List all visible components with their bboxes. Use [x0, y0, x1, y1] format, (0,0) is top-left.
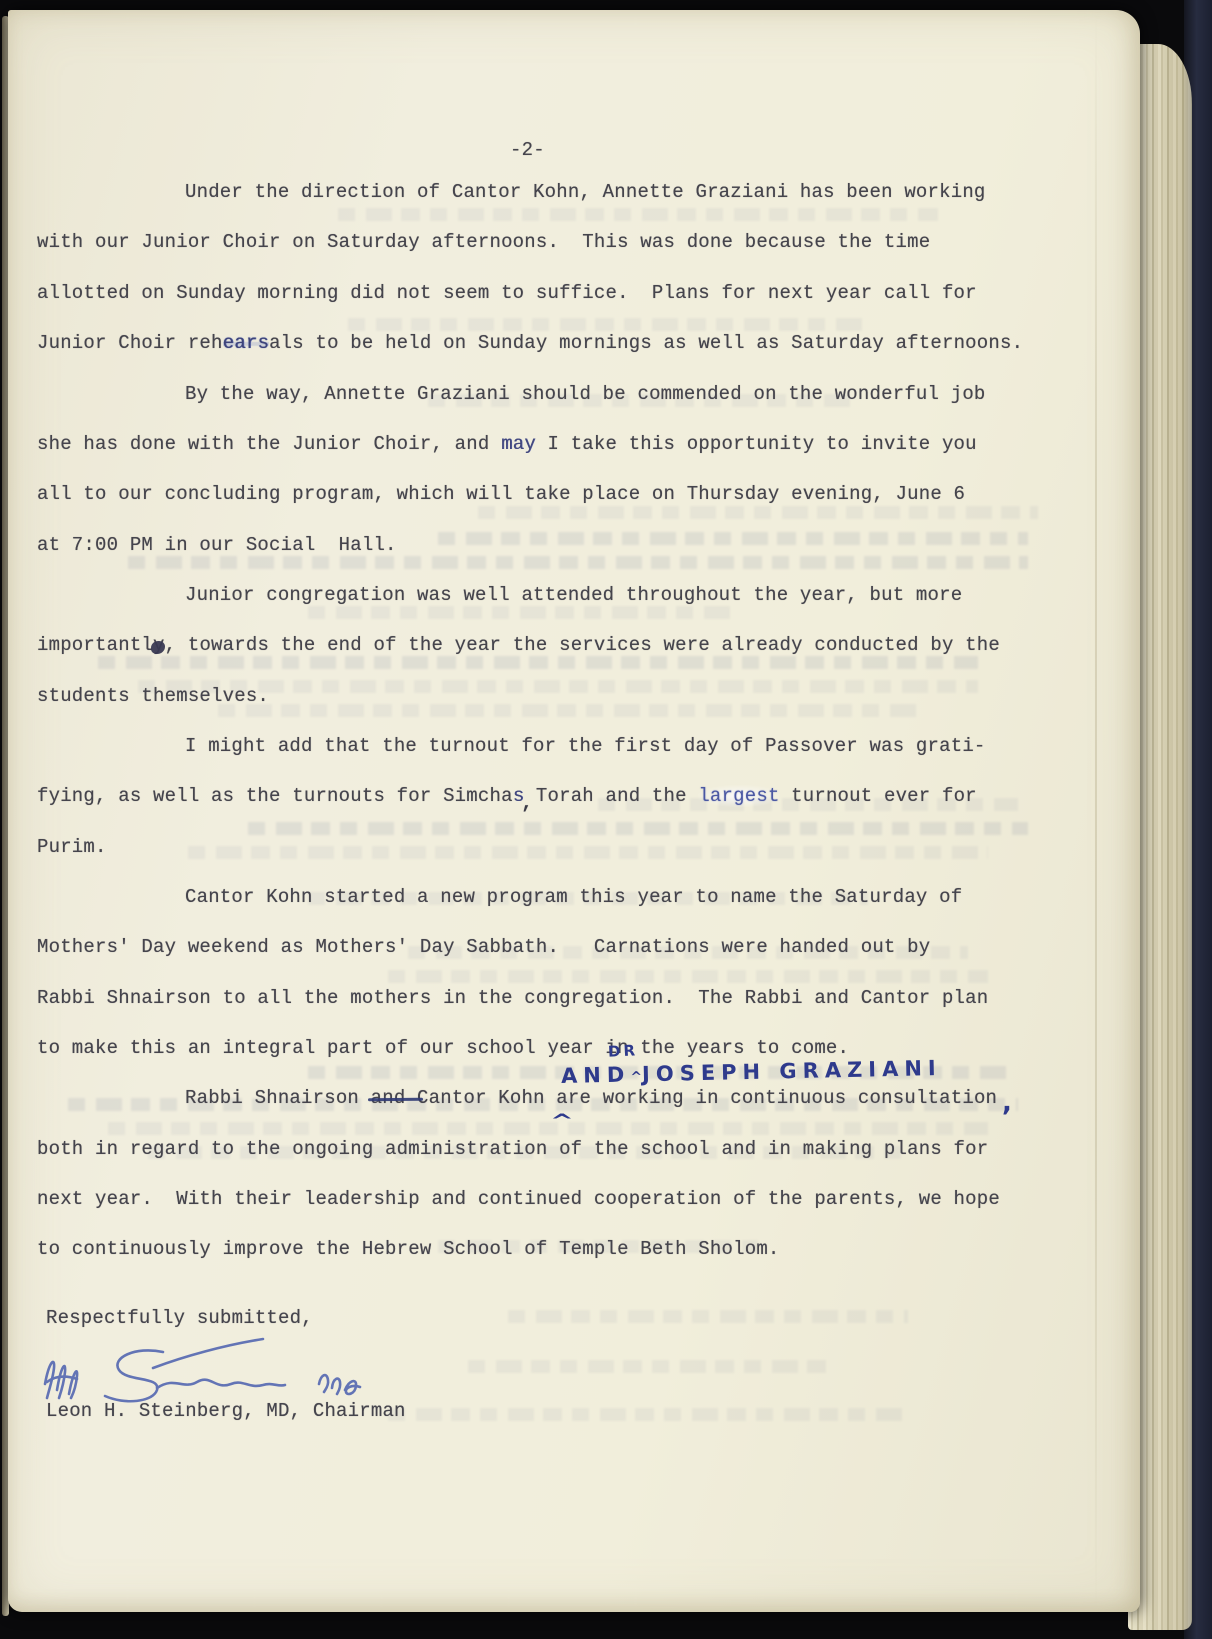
bleedthrough-smudge — [248, 822, 1028, 835]
para4-line2-text: turnout ever for — [780, 785, 977, 807]
para1-line4-text: als to be held on Sunday mornings as wel… — [269, 332, 1023, 354]
para4-line1: I might add that the turnout for the fir… — [185, 733, 986, 759]
para1-line2: with our Junior Choir on Saturday aftern… — [37, 229, 930, 255]
para6-line2: both in regard to the ongoing administra… — [37, 1136, 988, 1162]
para4-line2: fying, as well as the turnouts for Simch… — [37, 783, 977, 809]
paper-crease — [1095, 10, 1097, 1612]
bleedthrough-smudge — [508, 1310, 908, 1323]
scanned-document-photo: { "colors": { "paper": "#f0edda", "typew… — [0, 0, 1212, 1639]
para3-line1: Junior congregation was well attended th… — [185, 582, 962, 608]
handwritten-dr-abbreviation: DR — [608, 1041, 639, 1061]
bleedthrough-smudge — [218, 704, 918, 717]
para2-line1: By the way, Annette Graziani should be c… — [185, 381, 986, 407]
bleedthrough-smudge — [338, 208, 938, 221]
retyped-word: may — [501, 433, 536, 455]
para2-line2-text: she has done with the Junior Choir, and — [37, 433, 501, 455]
para3-line2-text: importantl — [37, 634, 153, 656]
bleedthrough-smudge — [468, 1360, 828, 1373]
bleedthrough-smudge — [188, 846, 988, 859]
para2-line4: at 7:00 PM in our Social Hall. — [37, 532, 397, 558]
bleedthrough-smudge — [388, 970, 988, 983]
struck-out-word: and — [371, 1087, 406, 1109]
para4-line2-text: Torah and the — [524, 785, 698, 807]
para6-line1: Rabbi Shnairson and Cantor Kohn are work… — [185, 1085, 997, 1111]
document-page: -2- Under the direction of Cantor Kohn, … — [8, 10, 1140, 1612]
handwritten-name: JOSEPH GRAZIANI — [642, 1056, 942, 1086]
page-number: -2- — [510, 137, 545, 163]
bleedthrough-smudge — [478, 506, 1038, 519]
ink-blot: y — [153, 634, 165, 656]
para6-line4: to continuously improve the Hebrew Schoo… — [37, 1236, 780, 1262]
para2-line2-text: I take this opportunity to invite you — [536, 433, 977, 455]
para6-line1-text: Cantor Kohn — [405, 1087, 556, 1109]
bleedthrough-smudge — [108, 1122, 988, 1135]
bleedthrough-smudge — [388, 1408, 908, 1421]
para2-line3: all to our concluding program, which wil… — [37, 481, 965, 507]
handwritten-comma: , — [1002, 1088, 1012, 1118]
para1-line4-text: Junior Choir reh — [37, 332, 223, 354]
insertion-caret-icon: ^ — [550, 1110, 574, 1132]
para1-line4: Junior Choir rehearsals to be held on Su… — [37, 330, 1023, 356]
caret-up-icon: ^ — [630, 1069, 642, 1085]
bleedthrough-smudge — [438, 532, 1028, 545]
para5-line1: Cantor Kohn started a new program this y… — [185, 884, 962, 910]
para6-line3: next year. With their leadership and con… — [37, 1186, 1000, 1212]
typed-over-erasure: largest — [698, 785, 779, 807]
para4-line2-text: fying, as well as the turnouts for Simch… — [37, 785, 513, 807]
para1-line3: allotted on Sunday morning did not seem … — [37, 280, 977, 306]
para4-line3: Purim. — [37, 834, 107, 860]
para5-line2: Mothers' Day weekend as Mothers' Day Sab… — [37, 934, 930, 960]
para3-line2-text: , towards the end of the year the servic… — [165, 634, 1000, 656]
para5-line4: to make this an integral part of our sch… — [37, 1035, 849, 1061]
para3-line2: importantly, towards the end of the year… — [37, 632, 1000, 658]
valediction: Respectfully submitted, — [46, 1305, 313, 1331]
para3-line3: students themselves. — [37, 683, 269, 709]
para6-line1-text: Rabbi Shnairson — [185, 1087, 371, 1109]
overtyped-correction: ears — [223, 332, 269, 354]
para6-line1-text: are working in continuous consultation — [556, 1087, 997, 1109]
para1-line1: Under the direction of Cantor Kohn, Anne… — [185, 179, 986, 205]
para2-line2: she has done with the Junior Choir, and … — [37, 431, 977, 457]
signer-name: Leon H. Steinberg, MD, Chairman — [46, 1398, 406, 1424]
para5-line3: Rabbi Shnairson to all the mothers in th… — [37, 985, 988, 1011]
